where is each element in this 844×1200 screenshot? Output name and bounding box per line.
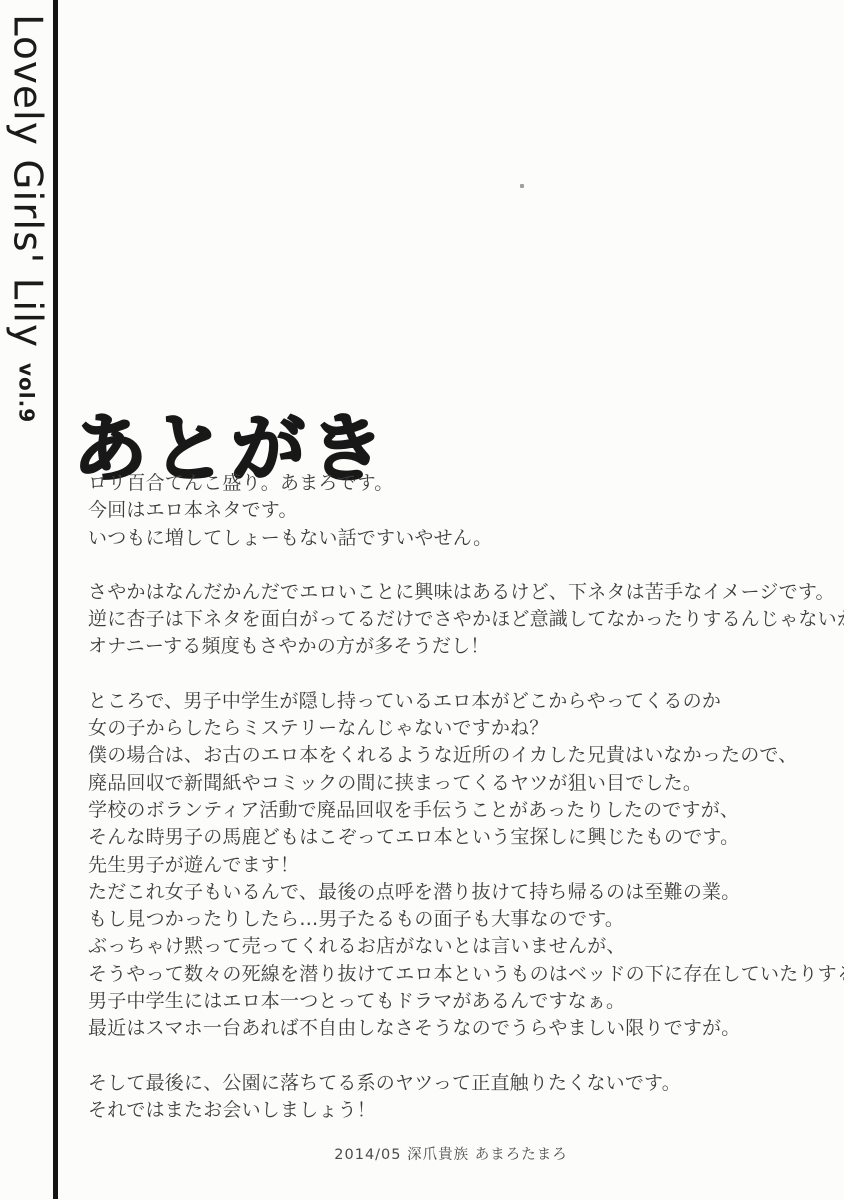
body-line: 最近はスマホ一台あれば不自由しなさそうなのでうらやましい限りですが。 (88, 1015, 830, 1042)
paragraph-4: そして最後に、公園に落ちてる系のヤツって正直触りたくないです。それではまたお会い… (88, 1070, 830, 1125)
body-line: ロリ百合てんこ盛り。あまろです。 (88, 470, 830, 497)
body-line: 廃品回収で新聞紙やコミックの間に挟まってくるヤツが狙い目でした。 (88, 770, 830, 797)
body-line: 女の子からしたらミステリーなんじゃないですかね？ (88, 715, 830, 742)
body-line: 僕の場合は、お古のエロ本をくれるような近所のイカした兄貴はいなかったので、 (88, 742, 830, 769)
body-line: 先生男子が遊んでます！ (88, 852, 830, 879)
paragraph-3: ところで、男子中学生が隠し持っているエロ本がどこからやってくるのか女の子からした… (88, 688, 830, 1043)
afterword-page: Lovely Girls' Lily vol.9 あとがき ロリ百合てんこ盛り。… (0, 0, 844, 1200)
spine-volume-label: vol.9 (15, 363, 39, 423)
body-line: ぶっちゃけ黙って売ってくれるお店がないとは言いませんが、 (88, 933, 830, 960)
body-line: そうやって数々の死線を潜り抜けてエロ本というものはベッドの下に存在していたりする… (88, 961, 830, 988)
afterword-body: ロリ百合てんこ盛り。あまろです。今回はエロ本ネタです。いつもに増してしょーもない… (88, 470, 830, 1124)
body-line: いつもに増してしょーもない話ですいやせん。 (88, 525, 830, 552)
body-line: 逆に杏子は下ネタを面白がってるだけでさやかほど意識してなかったりするんじゃないか… (88, 606, 830, 633)
body-line: ところで、男子中学生が隠し持っているエロ本がどこからやってくるのか (88, 688, 830, 715)
paragraph-2: さやかはなんだかんだでエロいことに興味はあるけど、下ネタは苦手なイメージです。逆… (88, 579, 830, 661)
body-line: そんな時男子の馬鹿どもはこぞってエロ本という宝探しに興じたものです。 (88, 824, 830, 851)
scan-artifact-dot (520, 184, 524, 188)
spine-divider-rule (53, 0, 58, 1199)
body-line: それではまたお会いしましょう！ (88, 1097, 830, 1124)
body-line: 今回はエロ本ネタです。 (88, 497, 830, 524)
body-line: もし見つかったりしたら…男子たるもの面子も大事なのです。 (88, 906, 830, 933)
body-line: さやかはなんだかんだでエロいことに興味はあるけど、下ネタは苦手なイメージです。 (88, 579, 830, 606)
body-line: 学校のボランティア活動で廃品回収を手伝うことがあったりしたのですが、 (88, 797, 830, 824)
spine-text: Lovely Girls' Lily vol.9 (5, 14, 50, 423)
spine: Lovely Girls' Lily vol.9 (0, 14, 54, 454)
credit-line: 2014/05 深爪貴族 あまろたまろ (58, 1143, 844, 1164)
body-line: そして最後に、公園に落ちてる系のヤツって正直触りたくないです。 (88, 1070, 830, 1097)
paragraph-1: ロリ百合てんこ盛り。あまろです。今回はエロ本ネタです。いつもに増してしょーもない… (88, 470, 830, 552)
spine-series-title: Lovely Girls' Lily (5, 14, 50, 348)
body-line: オナニーする頻度もさやかの方が多そうだし！ (88, 633, 830, 660)
body-line: ただこれ女子もいるんで、最後の点呼を潜り抜けて持ち帰るのは至難の業。 (88, 879, 830, 906)
body-line: 男子中学生にはエロ本一つとってもドラマがあるんですなぁ。 (88, 988, 830, 1015)
